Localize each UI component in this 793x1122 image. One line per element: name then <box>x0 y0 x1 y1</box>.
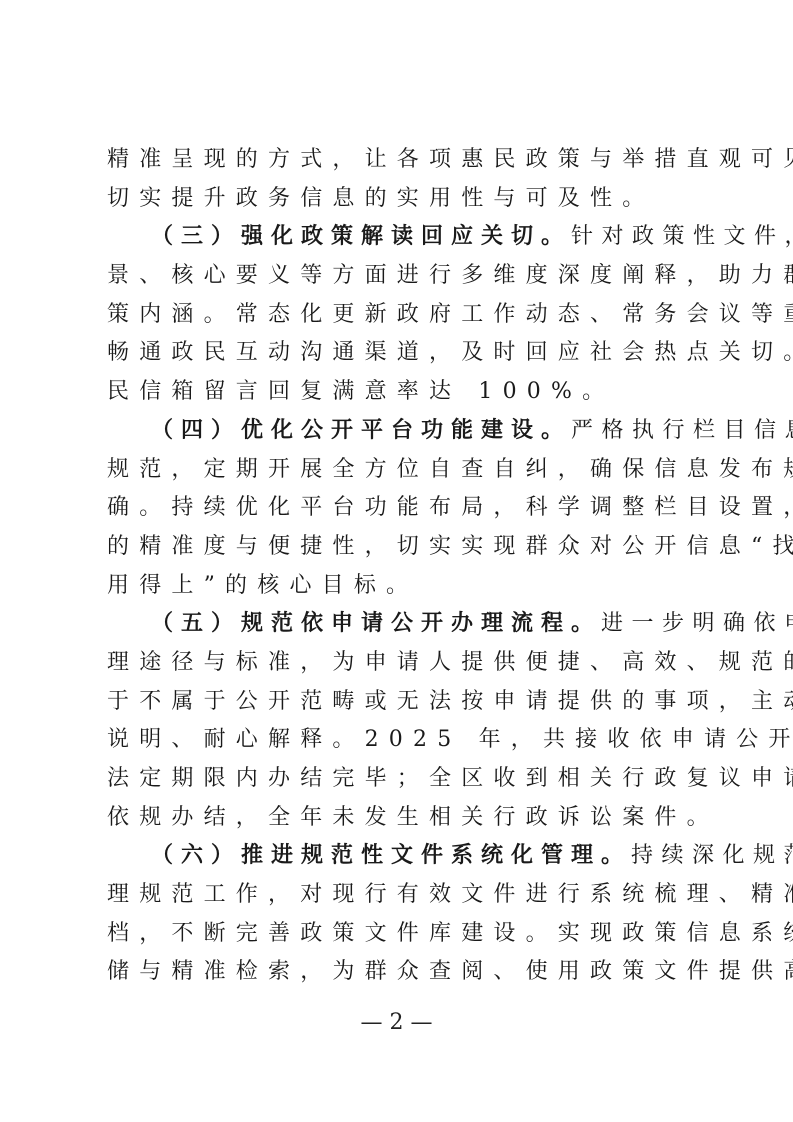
body-text: 进一步明确依申请公开受 <box>601 611 793 636</box>
body-line: 畅通政民互动沟通渠道，及时回应社会热点关切。2025 年，政 <box>107 334 697 373</box>
body-line: 的精准度与便捷性，切实实现群众对公开信息“找得到、看得懂、 <box>107 528 697 567</box>
body-line: 景、核心要义等方面进行多维度深度阐释，助力群众准确理解政 <box>107 257 697 296</box>
body-text: 严格执行栏目信息发布管理 <box>571 418 793 443</box>
document-body: 精准呈现的方式，让各项惠民政策与举措直观可见、清晰可溯， 切实提升政务信息的实用… <box>107 141 697 992</box>
page-number: — 2 — <box>0 1010 793 1035</box>
section-first-line: （四）优化公开平台功能建设。严格执行栏目信息发布管理 <box>107 412 697 451</box>
body-line: 确。持续优化平台功能布局，科学调整栏目设置，提升信息检索 <box>107 489 697 528</box>
section-first-line: （五）规范依申请公开办理流程。进一步明确依申请公开受 <box>107 605 697 644</box>
body-line: 法定期限内办结完毕；全区收到相关行政复议申请 2 件，均依法 <box>107 760 697 799</box>
section-heading-3: （三）强化政策解读回应关切。 <box>151 224 571 249</box>
body-line: 策内涵。常态化更新政府工作动态、常务会议等重要信息，持续 <box>107 296 697 335</box>
section-heading-6: （六）推进规范性文件系统化管理。 <box>151 843 631 868</box>
body-line: 民信箱留言回复满意率达 100%。 <box>107 373 697 412</box>
body-line: 依规办结，全年未发生相关行政诉讼案件。 <box>107 799 697 838</box>
section-first-line: （三）强化政策解读回应关切。针对政策性文件，从制定背 <box>107 218 697 257</box>
body-text: 针对政策性文件，从制定背 <box>571 224 793 249</box>
body-line: 用得上”的核心目标。 <box>107 567 697 606</box>
body-line: 理规范工作，对现行有效文件进行系统梳理、精准甄别、分类归 <box>107 876 697 915</box>
body-line: 精准呈现的方式，让各项惠民政策与举措直观可见、清晰可溯， <box>107 141 697 180</box>
body-line: 理途径与标准，为申请人提供便捷、高效、规范的服务入口。对 <box>107 644 697 683</box>
section-first-line: （六）推进规范性文件系统化管理。持续深化规范性文件清 <box>107 837 697 876</box>
body-line: 储与精准检索，为群众查阅、使用政策文件提供高效便捷的服务。 <box>107 953 697 992</box>
body-text: 持续深化规范性文件清 <box>631 843 793 868</box>
body-line: 切实提升政务信息的实用性与可及性。 <box>107 180 697 219</box>
section-heading-5: （五）规范依申请公开办理流程。 <box>151 611 601 636</box>
body-line: 规范，定期开展全方位自查自纠，确保信息发布规范、及时、准 <box>107 451 697 490</box>
body-line: 档，不断完善政策文件库建设。实现政策信息系统化、规范化存 <box>107 915 697 954</box>
body-line: 说明、耐心解释。2025 年，共接收依申请公开事项 8 件，均在 <box>107 721 697 760</box>
section-heading-4: （四）优化公开平台功能建设。 <box>151 418 571 443</box>
body-line: 于不属于公开范畴或无法按申请提供的事项，主动与申请人沟通 <box>107 683 697 722</box>
